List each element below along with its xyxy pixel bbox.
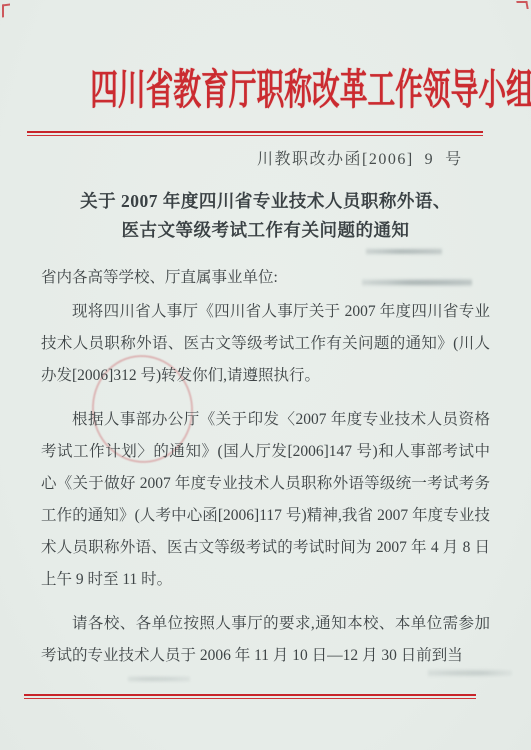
body-paragraph: 现将四川省人事厅《四川省人事厅关于 2007 年度四川省专业技术人员职称外语、医… [41,296,490,392]
body-paragraph: 根据人事部办公厅《关于印发〈2007 年度专业技术人员资格考试工作计划〉的通知》… [41,404,490,596]
document-title: 关于 2007 年度四川省专业技术人员职称外语、 医古文等级考试工作有关问题的通… [0,187,531,245]
document-number: 川教职改办函[2006] 9 号 [257,146,463,169]
document-body: 省内各高等学校、厅直属事业单位: 现将四川省人事厅《四川省人事厅关于 2007 … [41,262,490,672]
scan-smudge [366,246,442,257]
letterhead-org-name: 四川省教育厅职称改革工作领导小组 [90,66,440,116]
document-title-line2: 医古文等级考试工作有关问题的通知 [0,216,531,245]
corner-print-mark-icon [516,1,528,9]
salutation: 省内各高等学校、厅直属事业单位: [41,262,490,294]
scanned-official-document: 四川省教育厅职称改革工作领导小组 川教职改办函[2006] 9 号 关于 200… [0,0,531,750]
corner-print-mark-icon [2,3,10,17]
body-paragraph: 请各校、各单位按照人事厅的要求,通知本校、本单位需参加考试的专业技术人员于 20… [41,608,490,672]
document-title-line1: 关于 2007 年度四川省专业技术人员职称外语、 [0,187,531,216]
scan-smudge [128,674,190,684]
footer-separator-line [24,694,476,699]
letterhead-separator-line [27,131,483,136]
